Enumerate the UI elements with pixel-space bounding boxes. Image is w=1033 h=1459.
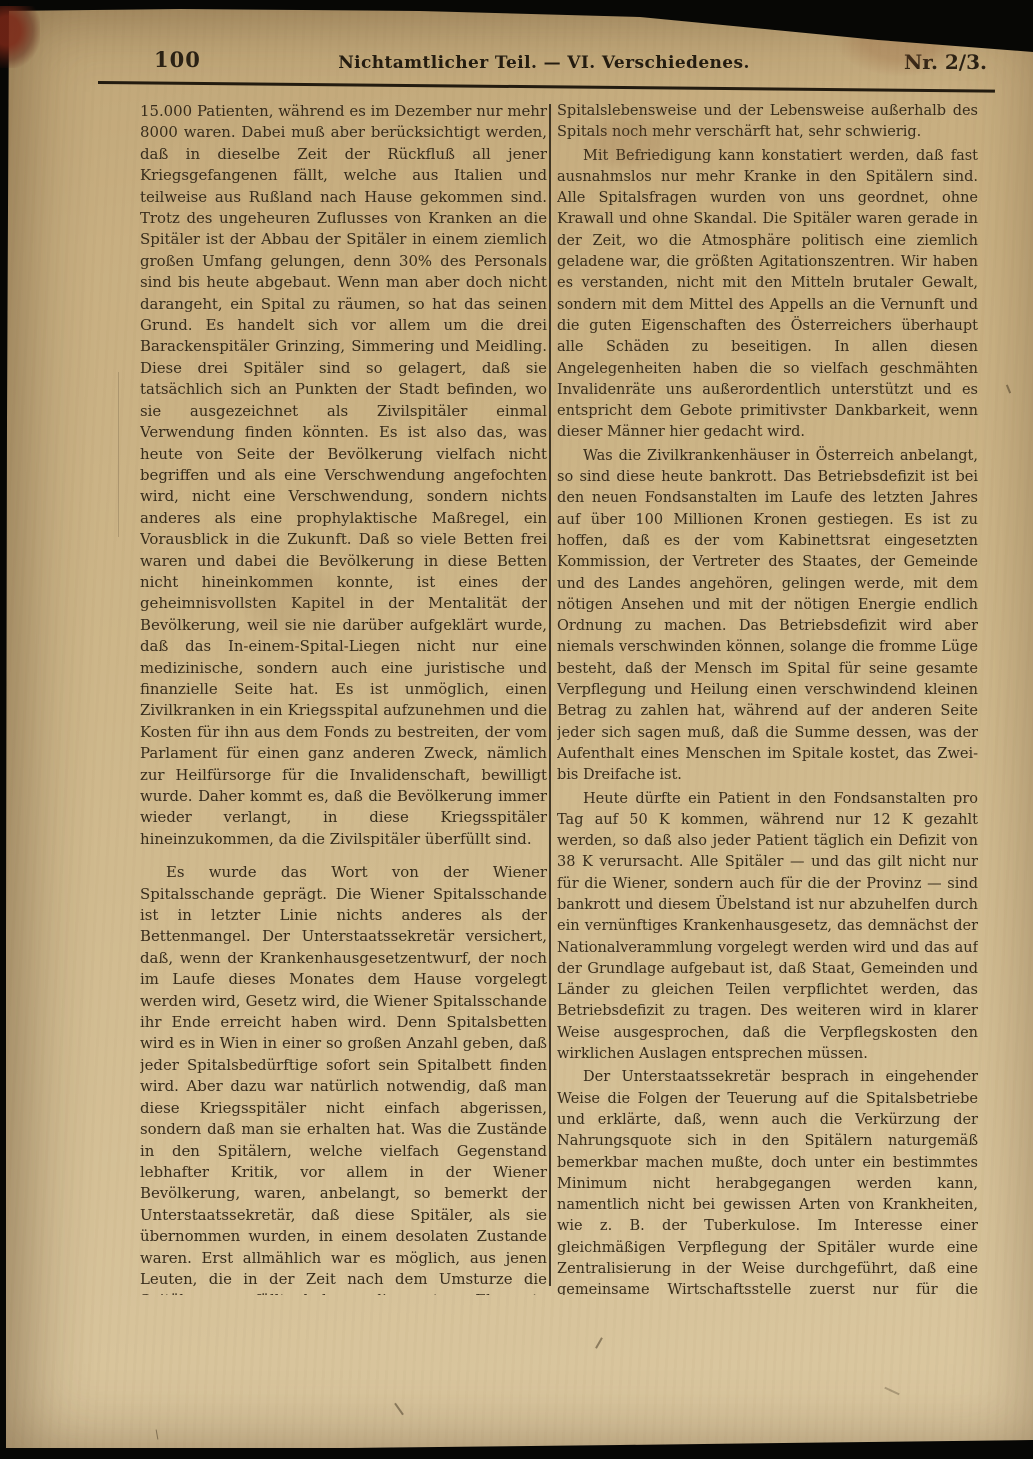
column-divider (549, 104, 551, 1286)
header-title: Nichtamtlicher Teil. — VI. Verschiedenes… (100, 53, 988, 73)
paragraph: Spitalslebensweise und der Lebensweise a… (557, 101, 978, 144)
scanned-page: 100 Nichtamtlicher Teil. — VI. Verschied… (0, 0, 1033, 1459)
paragraph: Heute dürfte ein Patient in den Fondsans… (557, 789, 978, 1066)
paragraph: Es wurde das Wort von der Wiener Spitals… (140, 862, 547, 1295)
left-column: 15.000 Patienten, während es im Dezember… (140, 101, 547, 1295)
paragraph: 15.000 Patienten, während es im Dezember… (140, 101, 547, 850)
paragraph: Der Unterstaatssekretär besprach in eing… (557, 1067, 978, 1295)
paragraph: Was die Zivilkrankenhäuser in Österreich… (557, 446, 978, 787)
issue-number: Nr. 2/3. (904, 50, 987, 74)
paragraph: Mit Befriedigung kann konstatiert werden… (557, 146, 978, 444)
right-column: Spitalslebensweise und der Lebensweise a… (557, 101, 978, 1295)
